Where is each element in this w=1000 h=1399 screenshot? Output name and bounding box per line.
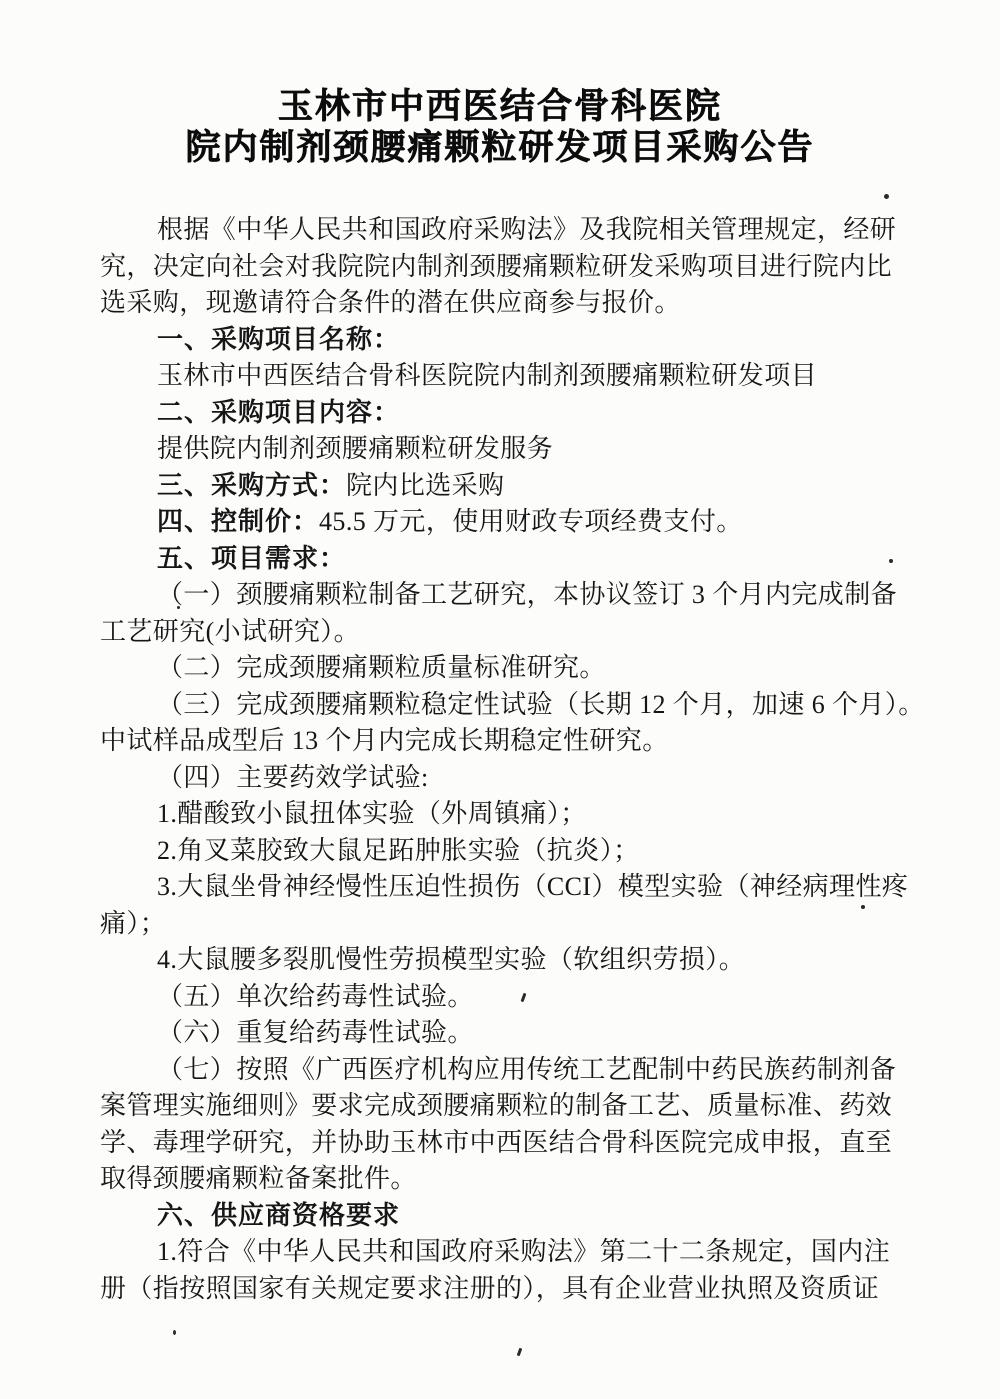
line-text: 玉林市中西医结合骨科医院院内制剂颈腰痛颗粒研发项目: [157, 361, 817, 390]
line-heading: 一、采购项目名称：: [157, 325, 400, 355]
line-text: 3.大鼠坐骨神经慢性压迫性损伤（CCI）模型实验（神经病理性疼: [157, 872, 908, 901]
line-heading: 四、控制价：: [157, 507, 319, 537]
document-line: 四、控制价：45.5 万元，使用财政专项经费支付。: [100, 504, 915, 541]
line-text: （三）完成颈腰痛颗粒稳定性试验（长期 12 个月，加速 6 个月）。: [157, 690, 925, 719]
document-line: 案管理实施细则》要求完成颈腰痛颗粒的制备工艺、质量标准、药效: [100, 1088, 915, 1125]
line-text: 2.角叉菜胶致大鼠足跖肿胀实验（抗炎）；: [157, 836, 640, 865]
document-line: 中试样品成型后 13 个月内完成长期稳定性研究。: [100, 723, 915, 760]
document-body: 根据《中华人民共和国政府采购法》及我院相关管理规定，经研 究，决定向社会对我院院…: [100, 212, 915, 1307]
document-line: 根据《中华人民共和国政府采购法》及我院相关管理规定，经研: [100, 212, 915, 249]
document-page: 玉林市中西医结合骨科医院 院内制剂颈腰痛颗粒研发项目采购公告 根据《中华人民共和…: [0, 0, 1000, 1399]
document-line: （四）主要药效学试验:: [100, 760, 915, 797]
scan-artifact-dot: [889, 559, 893, 563]
line-text: 取得颈腰痛颗粒备案批件。: [100, 1164, 417, 1193]
document-line: 提供院内制剂颈腰痛颗粒研发服务: [100, 431, 915, 468]
scan-artifact-dot: [177, 606, 180, 609]
line-text: 根据《中华人民共和国政府采购法》及我院相关管理规定，经研: [157, 215, 896, 244]
line-text: 4.大鼠腰多裂肌慢性劳损模型实验（软组织劳损）。: [157, 945, 745, 974]
document-line: 2.角叉菜胶致大鼠足跖肿胀实验（抗炎）；: [100, 833, 915, 870]
document-line: 3.大鼠坐骨神经慢性压迫性损伤（CCI）模型实验（神经病理性疼: [100, 869, 915, 906]
line-text: 中试样品成型后 13 个月内完成长期稳定性研究。: [100, 726, 669, 755]
document-line: 1.醋酸致小鼠扭体实验（外周镇痛）；: [100, 796, 915, 833]
line-text: 提供院内制剂颈腰痛颗粒研发服务: [157, 434, 553, 463]
document-line: （七）按照《广西医疗机构应用传统工艺配制中药民族药制剂备: [100, 1052, 915, 1089]
document-line: （五）单次给药毒性试验。: [100, 979, 915, 1016]
line-text: 1.符合《中华人民共和国政府采购法》第二十二条规定，国内注: [157, 1237, 890, 1266]
document-line: （一）颈腰痛颗粒制备工艺研究，本协议签订 3 个月内完成制备: [100, 577, 915, 614]
scan-artifact-dot: [173, 1330, 176, 1335]
document-line: 三、采购方式：院内比选采购: [100, 468, 915, 505]
scan-artifact-tick: [517, 1348, 523, 1357]
document-line: 痛）；: [100, 906, 915, 943]
document-line: 一、采购项目名称：: [100, 322, 915, 359]
line-text: 45.5 万元，使用财政专项经费支付。: [319, 507, 743, 536]
document-line: 选采购，现邀请符合条件的潜在供应商参与报价。: [100, 285, 915, 322]
line-heading: 二、采购项目内容：: [157, 398, 400, 428]
document-line: 玉林市中西医结合骨科医院院内制剂颈腰痛颗粒研发项目: [100, 358, 915, 395]
document-line: 六、供应商资格要求: [100, 1198, 915, 1235]
document-line: 取得颈腰痛颗粒备案批件。: [100, 1161, 915, 1198]
document-title: 玉林市中西医结合骨科医院 院内制剂颈腰痛颗粒研发项目采购公告: [0, 86, 1000, 168]
document-line: 究，决定向社会对我院院内制剂颈腰痛颗粒研发采购项目进行院内比: [100, 249, 915, 286]
line-text: （一）颈腰痛颗粒制备工艺研究，本协议签订 3 个月内完成制备: [157, 580, 897, 609]
line-text: （六）重复给药毒性试验。: [157, 1018, 474, 1047]
document-line: 五、项目需求：: [100, 541, 915, 578]
line-text: 痛）；: [100, 909, 166, 938]
document-line: 1.符合《中华人民共和国政府采购法》第二十二条规定，国内注: [100, 1234, 915, 1271]
scan-artifact-dot: [861, 905, 865, 909]
document-line: 二、采购项目内容：: [100, 395, 915, 432]
line-heading: 三、采购方式：: [157, 471, 346, 501]
line-heading: 五、项目需求：: [157, 544, 346, 574]
line-text: 工艺研究(小试研究）。: [100, 617, 360, 646]
line-text: （四）主要药效学试验:: [157, 763, 429, 792]
line-text: 册（指按照国家有关规定要求注册的），具有企业营业执照及资质证: [100, 1274, 879, 1303]
line-text: 1.醋酸致小鼠扭体实验（外周镇痛）；: [157, 799, 587, 828]
line-text: 选采购，现邀请符合条件的潜在供应商参与报价。: [100, 288, 681, 317]
line-text: 究，决定向社会对我院院内制剂颈腰痛颗粒研发采购项目进行院内比: [100, 252, 892, 281]
document-line: 工艺研究(小试研究）。: [100, 614, 915, 651]
line-text: （七）按照《广西医疗机构应用传统工艺配制中药民族药制剂备: [157, 1055, 896, 1084]
line-text: 学、毒理学研究，并协助玉林市中西医结合骨科医院完成申报，直至: [100, 1128, 892, 1157]
document-line: （二）完成颈腰痛颗粒质量标准研究。: [100, 650, 915, 687]
document-title-line-2: 院内制剂颈腰痛颗粒研发项目采购公告: [0, 127, 1000, 168]
line-text: （五）单次给药毒性试验。: [157, 982, 474, 1011]
document-line: （六）重复给药毒性试验。: [100, 1015, 915, 1052]
line-text: 院内比选采购: [346, 471, 504, 500]
line-text: （二）完成颈腰痛颗粒质量标准研究。: [157, 653, 606, 682]
document-line: 4.大鼠腰多裂肌慢性劳损模型实验（软组织劳损）。: [100, 942, 915, 979]
document-title-line-1: 玉林市中西医结合骨科医院: [0, 86, 1000, 127]
line-text: 案管理实施细则》要求完成颈腰痛颗粒的制备工艺、质量标准、药效: [100, 1091, 892, 1120]
line-heading: 六、供应商资格要求: [157, 1201, 400, 1231]
scan-artifact-dot: [884, 194, 889, 199]
document-line: 学、毒理学研究，并协助玉林市中西医结合骨科医院完成申报，直至: [100, 1125, 915, 1162]
document-line: （三）完成颈腰痛颗粒稳定性试验（长期 12 个月，加速 6 个月）。: [100, 687, 915, 724]
document-line: 册（指按照国家有关规定要求注册的），具有企业营业执照及资质证: [100, 1271, 915, 1308]
